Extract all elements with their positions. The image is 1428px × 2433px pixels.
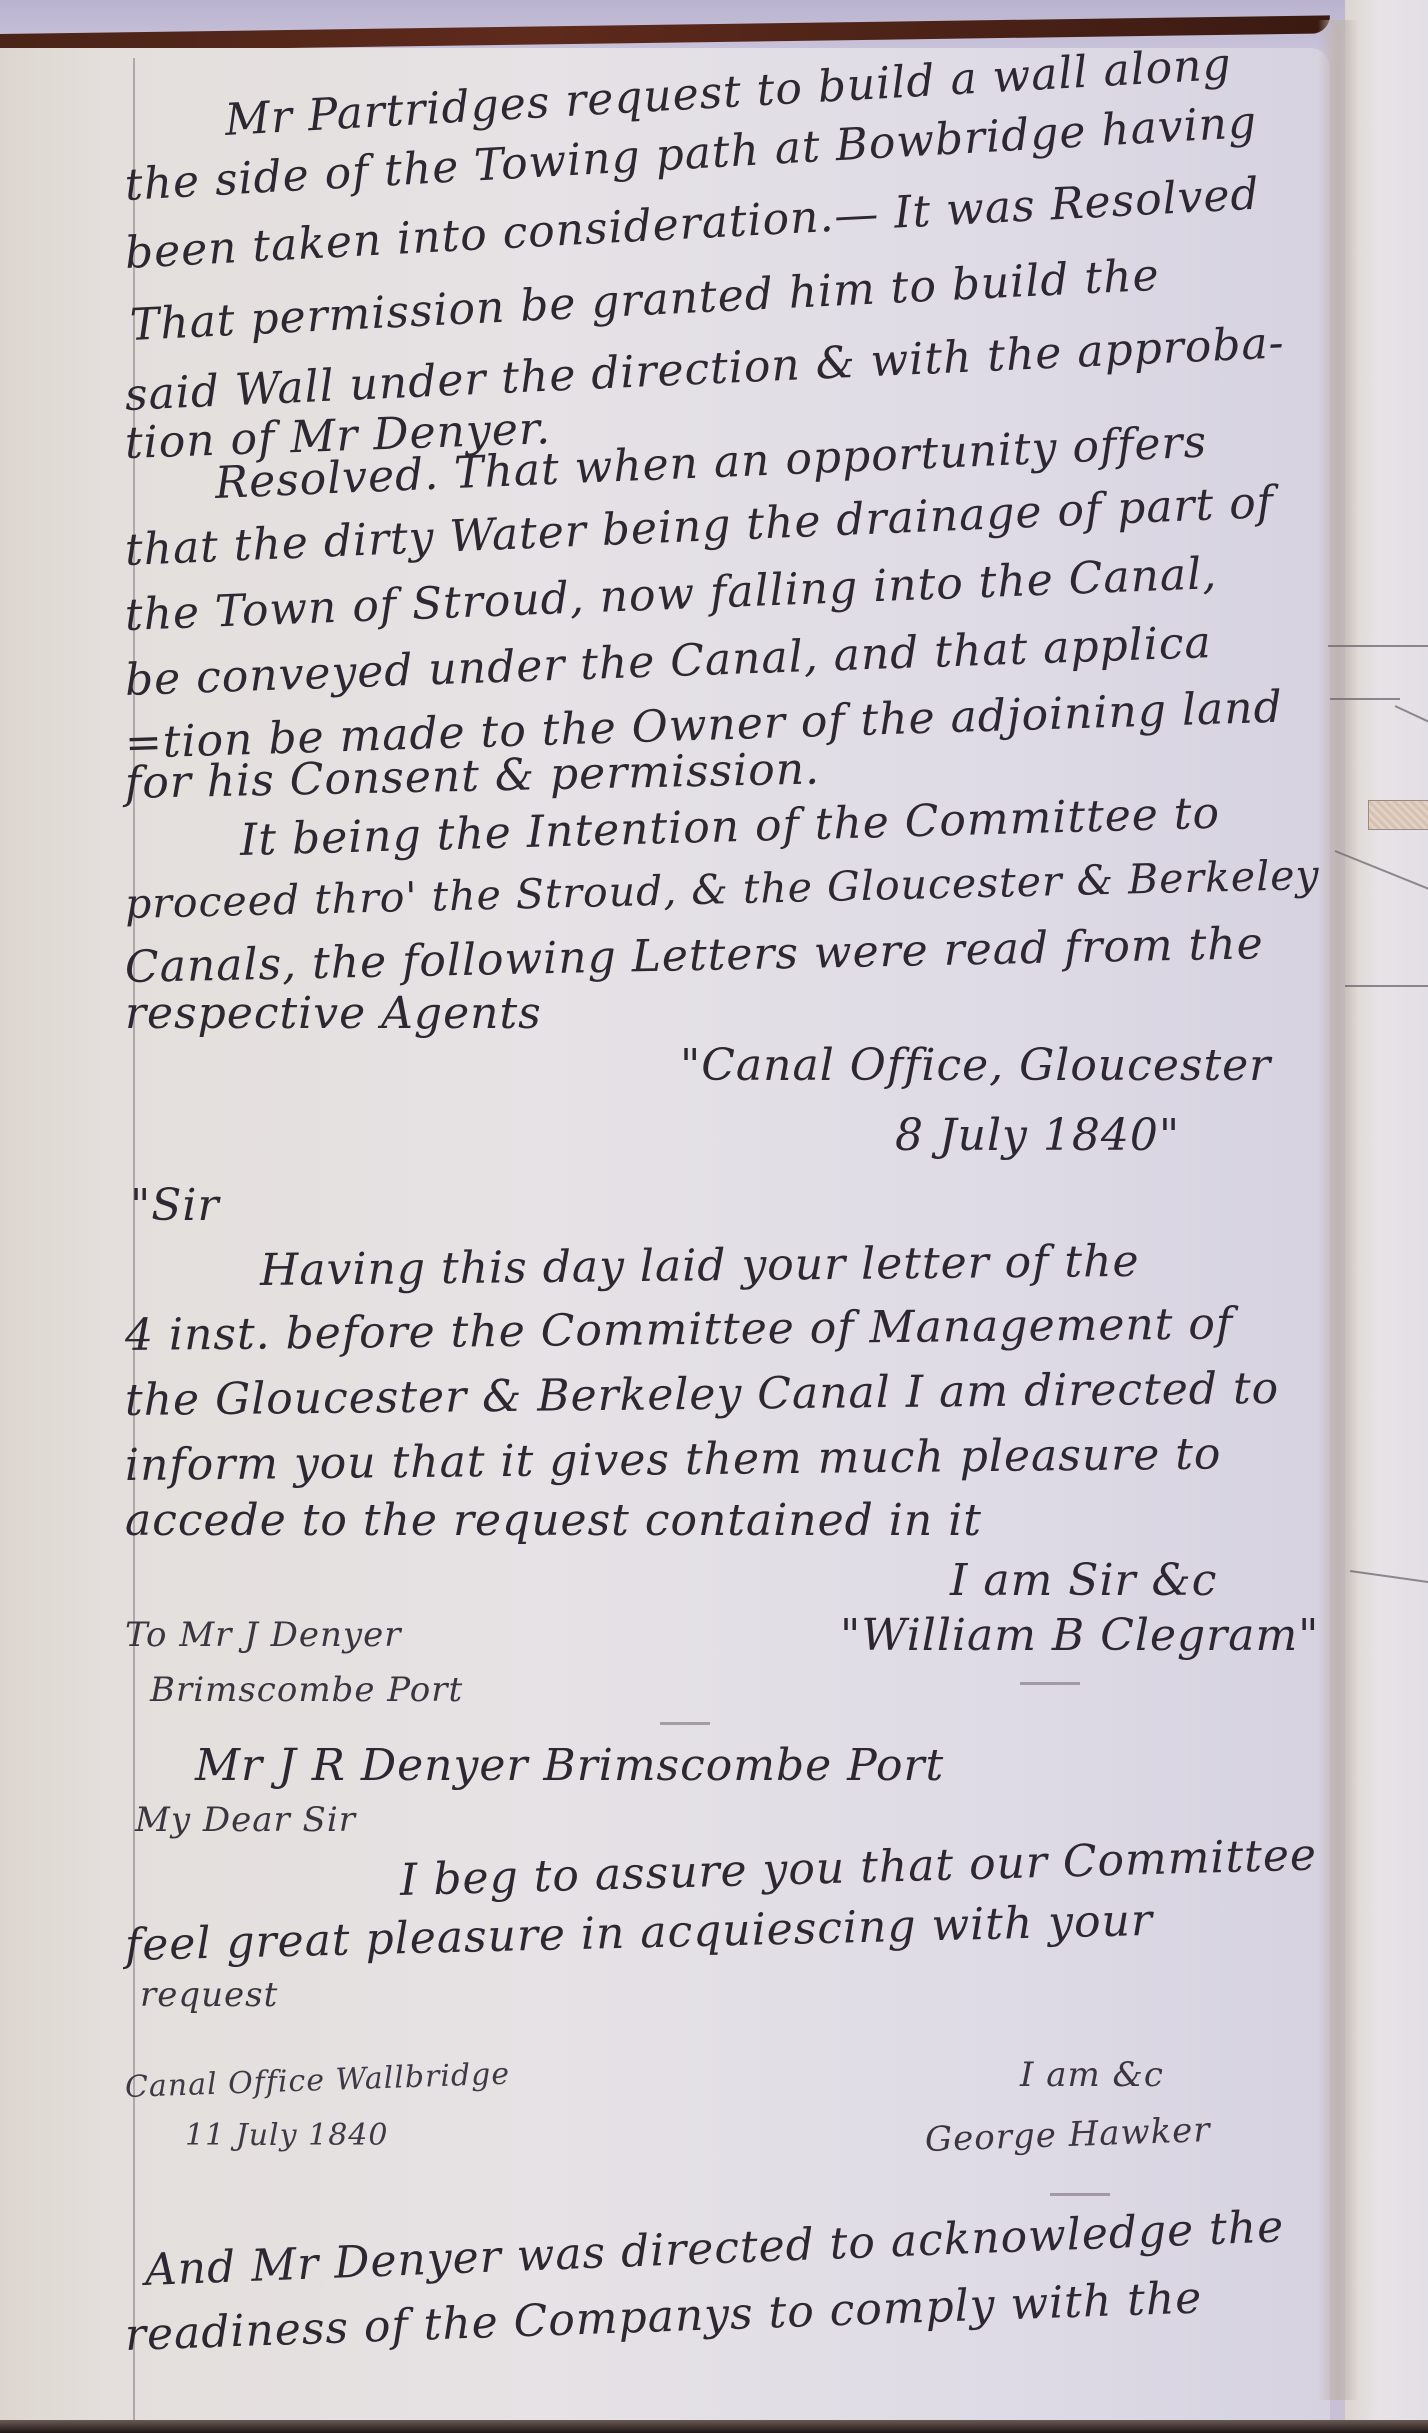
page-gutter (1318, 20, 1358, 2400)
paragraph-3-line: respective Agents (125, 988, 542, 1039)
letter-2-heading: Mr J R Denyer Brimscombe Port (195, 1740, 944, 1791)
letter-1-signature: "William B Clegram" (840, 1610, 1319, 1661)
facing-page-drawing-line (1345, 985, 1428, 987)
letter-1-salutation: "Sir (130, 1180, 220, 1231)
letter-2-date: 11 July 1840 (185, 2118, 388, 2153)
facing-page-drawing-line (1328, 645, 1428, 647)
letter-1-body-line: Having this day laid your letter of the (260, 1236, 1140, 1296)
facing-page-hatched-box (1368, 800, 1428, 830)
letter-1-closing: I am Sir &c (950, 1555, 1217, 1606)
book-bottom-edge (0, 2420, 1428, 2433)
letter-2-body-line: request (140, 1975, 278, 2015)
letter-1-heading-place: "Canal Office, Gloucester (680, 1040, 1271, 1091)
letter-2-salutation: My Dear Sir (135, 1800, 356, 1840)
letter-1-heading-date: 8 July 1840" (895, 1110, 1180, 1161)
separator-mark (1020, 1682, 1080, 1685)
letter-1-addressee-line: Brimscombe Port (150, 1670, 463, 1710)
facing-page-drawing-line (1330, 698, 1400, 700)
letter-1-body-line: accede to the request contained in it (125, 1495, 982, 1546)
letter-1-addressee-line: To Mr J Denyer (125, 1615, 402, 1655)
separator-mark (660, 1722, 710, 1725)
letter-2-closing: I am &c (1020, 2055, 1164, 2095)
separator-mark (1050, 2193, 1110, 2196)
